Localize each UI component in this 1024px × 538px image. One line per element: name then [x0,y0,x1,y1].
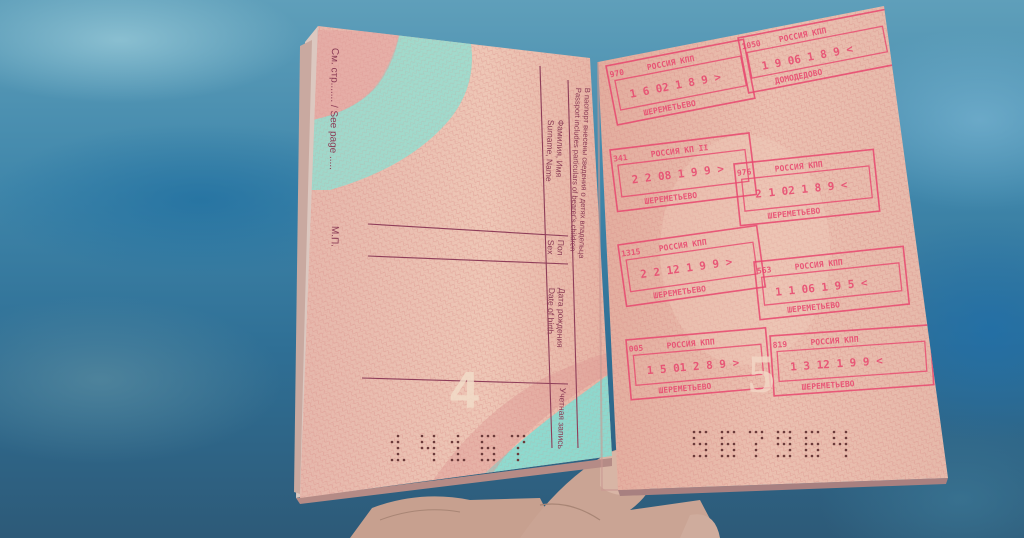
field-surname-ru: Фамилия, Имя [554,120,566,178]
see-page-label: См. стр....... / See page ..... [327,48,340,170]
right-page: 970РОССИЯ КПП1 6 02 1 8 9 >ШЕРЕМЕТЬЕВО10… [590,0,960,500]
field-sex-ru: Пол [555,240,566,256]
svg-text:341: 341 [613,153,629,164]
passport-photo: 4 970РОССИЯ КПП1 6 02 1 8 9 >ШЕРЕМЕТЬЕВО… [0,0,1024,538]
left-page: 4 [290,20,620,510]
passport-illustration: 4 970РОССИЯ КПП1 6 02 1 8 9 >ШЕРЕМЕТЬЕВО… [0,0,1024,538]
field-dob-ru: Дата рождения [555,288,567,348]
svg-text:563: 563 [757,265,772,275]
field-record-ru: Учетная запись [556,388,568,450]
seal-label: М.П. [329,226,340,247]
page-number-left: 4 [450,362,479,420]
page-number-right: 5 [748,344,775,404]
field-dob-en: Date of birth [545,288,557,335]
field-sex-en: Sex [545,240,556,255]
svg-text:005: 005 [628,344,643,354]
svg-text:976: 976 [737,167,752,177]
